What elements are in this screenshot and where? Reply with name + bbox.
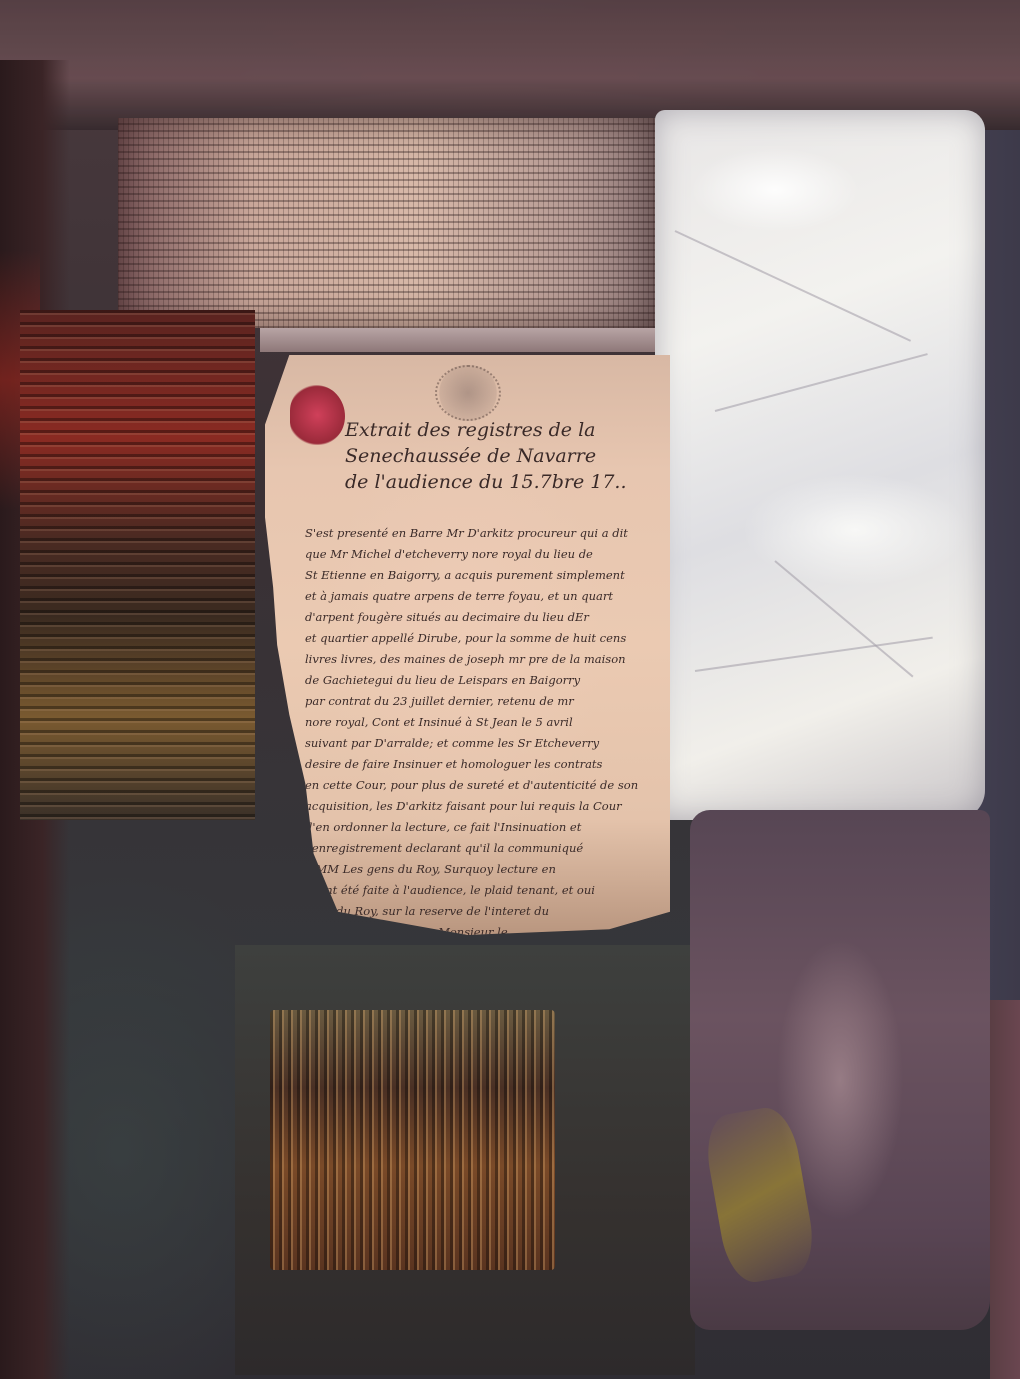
script-line: du lieu de Isly exhibit, Monsieur le [305,922,670,943]
document-heading: Extrait des registres de la Senechaussée… [345,417,665,495]
seal-stamp-icon [435,365,501,421]
script-line: ayant été faite à l'audience, le plaid t… [305,880,670,901]
heading-line: Senechaussée de Navarre [345,443,665,469]
script-line: de Gachietegui du lieu de Leispars en Ba… [305,670,670,691]
white-crumpled-paper [655,110,985,820]
pale-strip [260,328,660,352]
horizontal-ridge-texture [20,310,255,820]
script-line: S'est presenté en Barre Mr D'arkitz proc… [305,523,670,544]
script-line: livres livres, des maines de joseph mr p… [305,649,670,670]
crease-line [695,637,933,672]
script-line: acquisition, les D'arkitz faisant pour l… [305,796,670,817]
heading-line: de l'audience du 15.7bre 17.. [345,469,665,495]
script-line: d'arpent fougère situés au decimaire du … [305,607,670,628]
vertical-ridge-texture [270,1010,555,1270]
script-line: en cette Cour, pour plus de sureté et d'… [305,775,670,796]
script-line: suivant par D'arralde; et comme les Sr E… [305,733,670,754]
painting-canvas: Extrait des registres de la Senechaussée… [0,0,1020,1379]
script-line: d'en ordonner la lecture, ce fait l'Insi… [305,817,670,838]
script-line: desire de faire Insinuer et homologuer l… [305,754,670,775]
script-line: et à jamais quatre arpens de terre foyau… [305,586,670,607]
script-line: que Mr Michel d'etcheverry nore royal du… [305,544,670,565]
right-edge-band [990,1000,1020,1379]
crease-line [675,230,911,342]
crease-line [715,353,928,412]
script-line: l'enregistrement declarant qu'il la comm… [305,838,670,859]
crimson-paint-spot [290,385,345,445]
script-line: a MM Les gens du Roy, Surquoy lecture en [305,859,670,880]
script-line: et quartier appellé Dirube, pour la somm… [305,628,670,649]
stippled-text-panel [118,118,658,328]
script-line: St Etienne en Baigorry, a acquis puremen… [305,565,670,586]
crease-line [774,560,913,677]
script-line: gens du Roy, sur la reserve de l'interet… [305,901,670,922]
script-line: nore royal, Cont et Insinué à St Jean le… [305,712,670,733]
document-body: S'est presenté en Barre Mr D'arkitz proc… [305,523,670,985]
script-line: par contrat du 23 juillet dernier, reten… [305,691,670,712]
heading-line: Extrait des registres de la [345,417,665,443]
